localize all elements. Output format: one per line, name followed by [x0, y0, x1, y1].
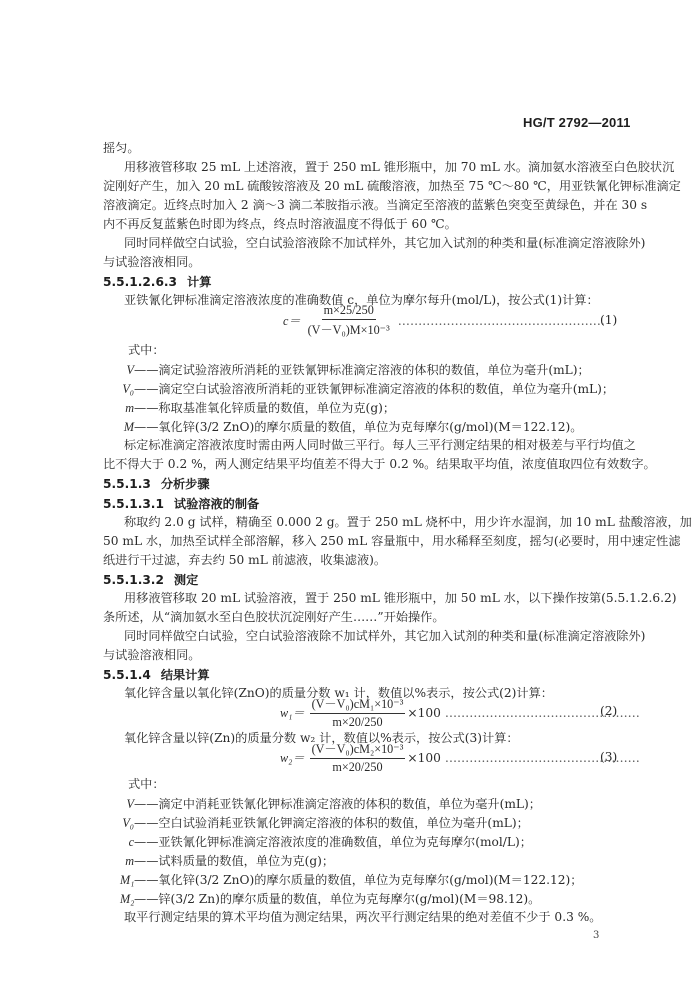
multiplier: ×100 — [407, 751, 440, 765]
standard-code: HG/T 2792—2011 — [523, 115, 631, 130]
section-title: 结果计算 — [161, 668, 210, 682]
section-title: 测定 — [174, 573, 198, 587]
paragraph-line: 比不得大于 0.2 %，两人测定结果平均值差不得大于 0.2 %。结果取平均值，… — [103, 456, 656, 472]
paragraph-line: 同时同样做空白试验，空白试验溶液除不加试样外，其它加入试剂的种类和量(标准滴定溶… — [124, 628, 645, 644]
definition-text: ——滴定中消耗亚铁氰化钾标准滴定溶液的体积的数值，单位为毫升(mL)； — [134, 797, 541, 811]
document-page: HG/T 2792—2011 摇匀。 用移液管移取 25 mL 上述溶液，置于 … — [0, 0, 700, 990]
fraction: m×25/250 (V－V₀)M×10⁻³ — [306, 303, 392, 338]
formula-2: w₁＝ (V－V₀)cM₁×10⁻³ m×20/250 ×100 …………………… — [280, 695, 640, 730]
paragraph-line: 称取约 2.0 g 试样，精确至 0.000 2 g。置于 250 mL 烧杯中… — [124, 514, 692, 530]
definition-item: c——亚铁氰化钾标准滴定溶液浓度的准确数值，单位为克每摩尔(mol/L)； — [120, 833, 532, 850]
definition-text: ——锌(3/2 Zn)的摩尔质量的数值，单位为克每摩尔(g/mol)(M＝98.… — [134, 892, 540, 906]
section-title: 试验溶液的制备 — [174, 497, 259, 511]
definition-item: V₀——滴定空白试验溶液所消耗的亚铁氰钾标准滴定溶液的体积的数值，单位为毫升(m… — [120, 380, 614, 397]
section-heading-5-5-1-3-1: 5.5.1.3.1试验溶液的制备 — [103, 495, 259, 512]
definition-item: m——试料质量的数值，单位为克(g)； — [120, 852, 334, 869]
paragraph-line: 淀刚好产生，加入 20 mL 硫酸铵溶液及 20 mL 硫酸溶液，加热至 75 … — [103, 178, 681, 194]
definition-item: m——称取基准氧化锌质量的数值，单位为克(g)； — [120, 399, 395, 416]
definition-item: M₂——锌(3/2 Zn)的摩尔质量的数值，单位为克每摩尔(g/mol)(M＝9… — [120, 890, 540, 907]
definition-text: ——氧化锌(3/2 ZnO)的摩尔质量的数值，单位为克每摩尔(g/mol)(M＝… — [134, 873, 582, 887]
symbol: c — [120, 835, 134, 850]
formula-3: w₂＝ (V－V₀)cM₂×10⁻³ m×20/250 ×100 …………………… — [280, 740, 640, 775]
symbol: V₀ — [120, 382, 134, 397]
definition-item: V——滴定试验溶液所消耗的亚铁氰钾标准滴定溶液的体积的数值，单位为毫升(mL)； — [120, 361, 590, 378]
section-number: 5.5.1.2.6.3 — [103, 275, 177, 289]
definition-item: V——滴定中消耗亚铁氰化钾标准滴定溶液的体积的数值，单位为毫升(mL)； — [120, 795, 541, 812]
paragraph-line: 标定标准滴定溶液浓度时需由两人同时做三平行。每人三平行测定结果的相对极差与平行均… — [124, 437, 636, 453]
section-heading-5-5-1-2-6-3: 5.5.1.2.6.3计算 — [103, 273, 211, 290]
definition-text: ——空白试验消耗亚铁氰化钾滴定溶液的体积的数值，单位为毫升(mL)； — [134, 816, 529, 830]
where-label: 式中： — [128, 342, 165, 358]
symbol: M₂ — [120, 892, 134, 907]
where-label: 式中： — [128, 776, 165, 792]
page-number: 3 — [593, 930, 599, 941]
symbol: V — [120, 363, 134, 378]
fraction: (V－V₀)cM₂×10⁻³ m×20/250 — [310, 740, 406, 775]
numerator: (V－V₀)cM₂×10⁻³ — [310, 740, 406, 759]
section-heading-5-5-1-4: 5.5.1.4结果计算 — [103, 666, 210, 683]
denominator: (V－V₀)M×10⁻³ — [306, 320, 392, 338]
numerator: m×25/250 — [322, 303, 376, 320]
paragraph-line: 用移液管移取 25 mL 上述溶液，置于 250 mL 锥形瓶中，加 70 mL… — [124, 159, 674, 175]
paragraph-line: 内不再反复蓝紫色时即为终点，终点时溶液温度不得低于 60 ℃。 — [103, 216, 457, 232]
definition-text: ——氧化锌(3/2 ZnO)的摩尔质量的数值，单位为克每摩尔(g/mol)(M＝… — [134, 420, 582, 434]
section-number: 5.5.1.3.1 — [103, 497, 164, 511]
formula-1: c＝ m×25/250 (V－V₀)M×10⁻³ ………………………………………… — [283, 303, 605, 338]
paragraph-line: 取平行测定结果的算术平均值为测定结果，两次平行测定结果的绝对差值不少于 0.3 … — [124, 909, 601, 925]
numerator: (V－V₀)cM₁×10⁻³ — [310, 695, 406, 714]
definition-text: ——亚铁氰化钾标准滴定溶液浓度的准确数值，单位为克每摩尔(mol/L)； — [134, 835, 532, 849]
definition-text: ——滴定空白试验溶液所消耗的亚铁氰钾标准滴定溶液的体积的数值，单位为毫升(mL)… — [134, 382, 614, 396]
symbol: m — [120, 401, 134, 416]
section-title: 计算 — [187, 275, 211, 289]
equation-number: (1) — [600, 313, 617, 327]
symbol: m — [120, 854, 134, 869]
paragraph-line: 条所述，从“滴加氨水至白色胶状沉淀刚好产生……”开始操作。 — [103, 609, 445, 625]
section-heading-5-5-1-3-2: 5.5.1.3.2测定 — [103, 571, 198, 588]
paragraph-line: 溶液滴定。近终点时加入 2 滴～3 滴二苯胺指示液。当滴定至溶液的蓝紫色突变至黄… — [103, 197, 647, 213]
formula-lhs: w₁＝ — [280, 704, 305, 721]
section-number: 5.5.1.3.2 — [103, 573, 164, 587]
definition-item: M——氧化锌(3/2 ZnO)的摩尔质量的数值，单位为克每摩尔(g/mol)(M… — [120, 418, 582, 435]
section-title: 分析步骤 — [161, 477, 210, 491]
symbol: M₁ — [120, 873, 134, 888]
denominator: m×20/250 — [330, 714, 384, 730]
section-heading-5-5-1-3: 5.5.1.3分析步骤 — [103, 475, 210, 492]
definition-text: ——称取基准氧化锌质量的数值，单位为克(g)； — [134, 401, 395, 415]
section-number: 5.5.1.4 — [103, 668, 151, 682]
fraction: (V－V₀)cM₁×10⁻³ m×20/250 — [310, 695, 406, 730]
symbol: V₀ — [120, 816, 134, 831]
symbol: M — [120, 420, 134, 435]
denominator: m×20/250 — [330, 759, 384, 775]
definition-text: ——试料质量的数值，单位为克(g)； — [134, 854, 334, 868]
paragraph-line: 纸进行干过滤，弃去约 50 mL 前滤液，收集滤液)。 — [103, 552, 386, 568]
definition-text: ——滴定试验溶液所消耗的亚铁氰钾标准滴定溶液的体积的数值，单位为毫升(mL)； — [134, 363, 590, 377]
paragraph-line: 与试验溶液相同。 — [103, 254, 201, 270]
leader-dots: …………………………………………… — [398, 314, 605, 328]
formula-lhs: w₂＝ — [280, 749, 305, 766]
section-number: 5.5.1.3 — [103, 477, 151, 491]
equation-number: (3) — [600, 750, 617, 764]
definition-item: V₀——空白试验消耗亚铁氰化钾滴定溶液的体积的数值，单位为毫升(mL)； — [120, 814, 529, 831]
formula-lhs: c＝ — [283, 312, 301, 329]
multiplier: ×100 — [407, 706, 440, 720]
definition-item: M₁——氧化锌(3/2 ZnO)的摩尔质量的数值，单位为克每摩尔(g/mol)(… — [120, 871, 582, 888]
symbol: V — [120, 797, 134, 812]
paragraph-line: 用移液管移取 20 mL 试验溶液，置于 250 mL 锥形瓶中，加 50 mL… — [124, 590, 677, 606]
equation-number: (2) — [600, 704, 617, 718]
paragraph-line: 同时同样做空白试验，空白试验溶液除不加试样外，其它加入试剂的种类和量(标准滴定溶… — [124, 235, 645, 251]
paragraph-line: 与试验溶液相同。 — [103, 647, 201, 663]
paragraph-line: 摇匀。 — [103, 140, 140, 156]
paragraph-line: 50 mL 水，加热至试样全部溶解，移入 250 mL 容量瓶中，用水稀释至刻度… — [103, 533, 681, 549]
